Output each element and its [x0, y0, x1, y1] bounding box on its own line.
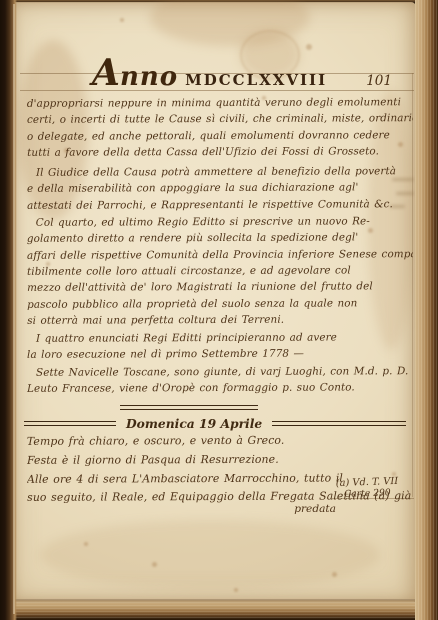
manuscript-line: Tempo frà chiaro, e oscuro, e vento à Gr… [27, 431, 413, 451]
manuscript-line: certi, o incerti di tutte le Cause sì ci… [27, 111, 413, 129]
manuscript-line: Festa è il giorno di Pasqua di Resurrezi… [27, 450, 413, 470]
body-paragraph-2: Il Giudice della Causa potrà ammettere a… [27, 163, 413, 214]
manuscript-line: Col quarto, ed ultimo Regio Editto si pr… [27, 213, 413, 231]
gutter-highlight [13, 4, 15, 614]
manuscript-line: attestati dei Parrochi, e Rappresentanti… [27, 196, 413, 214]
manuscript-line: I quattro enunciati Regi Editti principi… [27, 329, 413, 347]
manuscript-line: mezzo dell'attività de' loro Magistrati … [27, 279, 413, 297]
date-heading-rule-right [272, 421, 406, 426]
body-paragraph-3: Col quarto, ed ultimo Regio Editto si pr… [27, 213, 413, 329]
text-block: Anno MDCCLXXVIII 101 d'appropriarsi nepp… [0, 0, 438, 620]
manuscript-line: si otterrà mai una perfetta coltura dei … [27, 311, 413, 329]
manuscript-line: Leuto Francese, viene d'Oropè con formag… [27, 380, 413, 398]
manuscript-line: affari delle rispettive Comunità della P… [27, 246, 413, 264]
folio-number: 101 [366, 73, 392, 89]
manuscript-line: Sette Navicelle Toscane, sono giunte, di… [27, 363, 413, 381]
manuscript-line: la loro esecuzione nel dì primo Settembr… [27, 346, 413, 364]
date-heading-row: Domenica 19 Aprile [24, 415, 406, 431]
manuscript-line: d'appropriarsi neppure in minima quantit… [27, 94, 413, 112]
date-heading-rule-left [24, 421, 116, 426]
year-roman: MDCCLXXVIII [185, 71, 327, 89]
page-top-edge [0, 0, 438, 3]
manuscript-line: pascolo pubblico alla proprietà del suol… [27, 295, 413, 313]
body-paragraph-1: d'appropriarsi neppure in minima quantit… [27, 94, 413, 161]
page-edges-bottom [0, 599, 438, 620]
page-header: Anno MDCCLXXVIII 101 [24, 52, 414, 94]
margin-note: (a) Vd. T. VII Carte 290 [336, 476, 399, 500]
body-paragraph-5: Sette Navicelle Toscane, sono giunte, di… [27, 363, 413, 397]
anno-rest: nno [120, 62, 178, 92]
margin-note-carte: Carte 290 [344, 487, 399, 500]
body-paragraph-4: I quattro enunciati Regi Editti principi… [27, 329, 413, 363]
manuscript-line: tibilmente colle loro attuali circostanz… [27, 262, 413, 280]
anno-script: Anno [92, 52, 178, 94]
manuscript-line: e della miserabilità con appoggiare la s… [27, 180, 413, 198]
manuscript-line: o delegate, ed anche pettorali, quali em… [27, 127, 413, 145]
manuscript-line: golamento diretto a rendere più sollecit… [27, 230, 413, 248]
page-edges-right [415, 0, 438, 620]
manuscript-line: Il Giudice della Causa potrà ammettere a… [27, 163, 413, 181]
anno-initial: A [92, 52, 120, 94]
date-heading: Domenica 19 Aprile [126, 416, 262, 431]
manuscript-scan: Anno MDCCLXXVIII 101 d'appropriarsi nepp… [0, 0, 438, 620]
catchword: predata [24, 503, 336, 515]
entry-divider [120, 405, 258, 410]
manuscript-line: tutti a favore della detta Cassa dell'Uf… [27, 143, 413, 161]
